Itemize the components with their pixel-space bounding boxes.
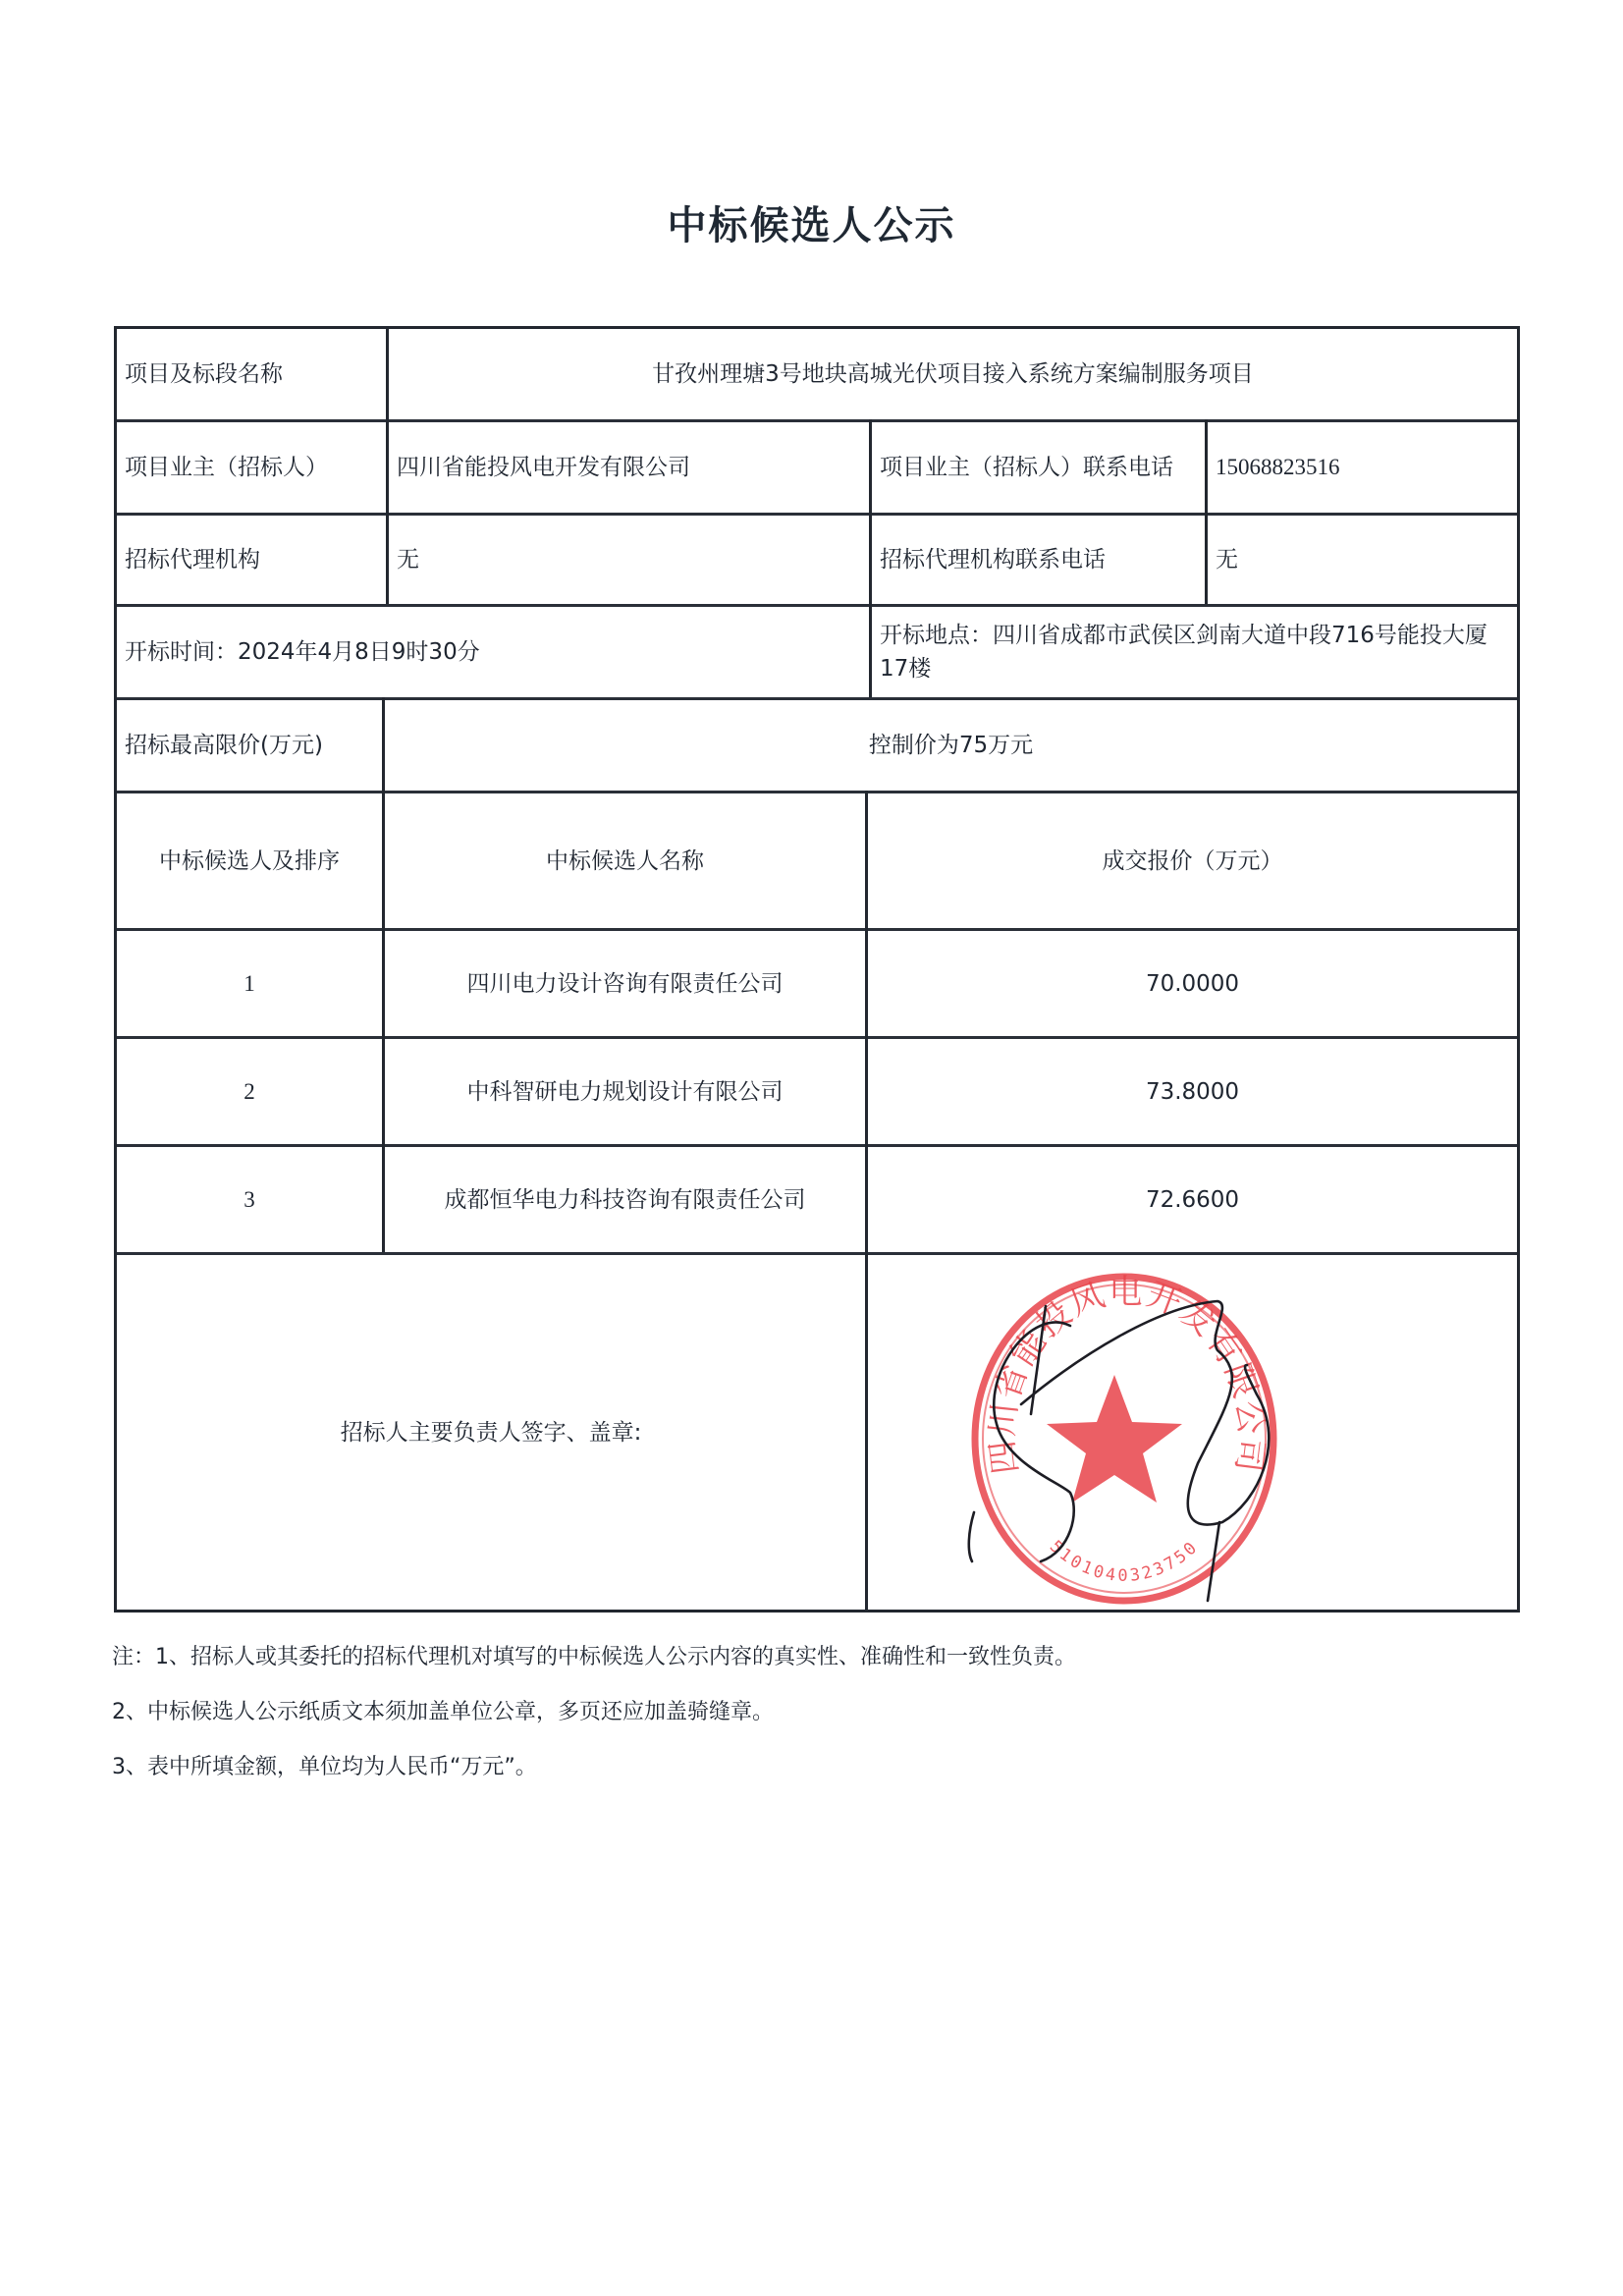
candidate-name: 成都恒华电力科技咨询有限责任公司 [385, 1147, 865, 1252]
owner-phone-value: 15068823516 [1208, 422, 1517, 513]
open-time: 开标时间：2024年4月8日9时30分 [117, 607, 869, 697]
project-name-value: 甘孜州理塘3号地块高城光伏项目接入系统方案编制服务项目 [389, 329, 1517, 419]
open-place: 开标地点：四川省成都市武侯区剑南大道中段716号能投大厦17楼 [872, 607, 1517, 697]
header-rank: 中标候选人及排序 [117, 793, 382, 928]
max-price-value: 控制价为75万元 [385, 700, 1517, 791]
candidate-rank: 3 [117, 1147, 382, 1252]
page-title: 中标候选人公示 [0, 194, 1623, 250]
bid-candidate-table: 项目及标段名称 甘孜州理塘3号地块高城光伏项目接入系统方案编制服务项目 项目业主… [114, 326, 1520, 1613]
header-price: 成交报价（万元） [868, 793, 1517, 928]
candidate-rank: 2 [117, 1039, 382, 1144]
owner-phone-label: 项目业主（招标人）联系电话 [872, 422, 1205, 513]
owner-value: 四川省能投风电开发有限公司 [389, 422, 869, 513]
candidate-price: 70.0000 [868, 931, 1517, 1036]
note-1: 注：1、招标人或其委托的招标代理机对填写的中标候选人公示内容的真实性、准确性和一… [112, 1640, 1076, 1670]
note-2: 2、中标候选人公示纸质文本须加盖单位公章，多页还应加盖骑缝章。 [112, 1695, 774, 1725]
candidate-price: 73.8000 [868, 1039, 1517, 1144]
project-name-label: 项目及标段名称 [117, 329, 386, 419]
header-name: 中标候选人名称 [385, 793, 865, 928]
max-price-label: 招标最高限价(万元) [117, 700, 382, 791]
signature-label: 招标人主要负责人签字、盖章: [117, 1255, 865, 1610]
owner-label: 项目业主（招标人） [117, 422, 386, 513]
candidate-price: 72.6600 [868, 1147, 1517, 1252]
candidate-rank: 1 [117, 931, 382, 1036]
agency-value: 无 [389, 516, 869, 604]
agency-phone-value: 无 [1208, 516, 1517, 604]
note-3: 3、表中所填金额，单位均为人民币“万元”。 [112, 1750, 537, 1780]
candidate-name: 四川电力设计咨询有限责任公司 [385, 931, 865, 1036]
agency-phone-label: 招标代理机构联系电话 [872, 516, 1205, 604]
candidate-name: 中科智研电力规划设计有限公司 [385, 1039, 865, 1144]
agency-label: 招标代理机构 [117, 516, 386, 604]
